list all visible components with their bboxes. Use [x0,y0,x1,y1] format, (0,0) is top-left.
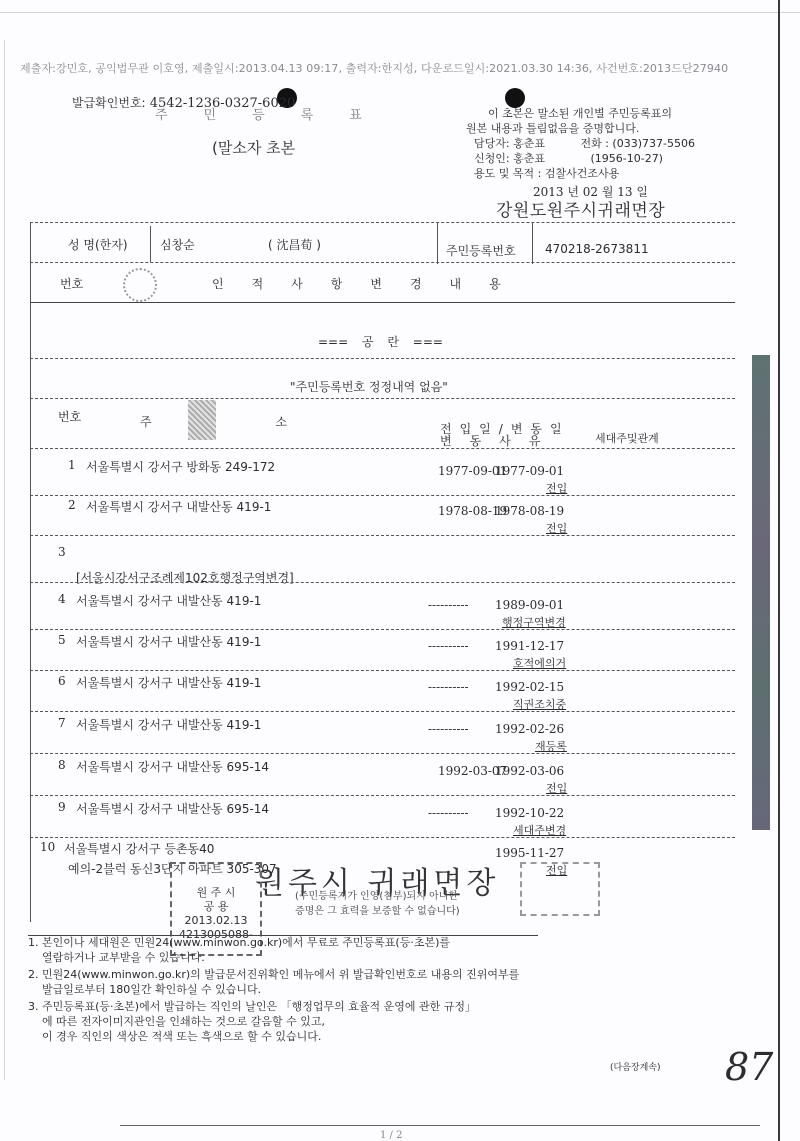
row-divider [30,495,735,497]
row-number: 1 [68,458,76,472]
cert-purpose: 용도 및 목적 : 검찰사건조사용 [466,166,695,181]
divider [30,398,735,400]
row-address: 서울특별시 강서구 등촌동40 [64,840,214,857]
correction-notice: "주민등록번호 정정내역 없음" [290,378,448,395]
notes-section: 1. 본인이나 세대원은 민원24(www.minwon.go.kr)에서 무료… [28,935,648,1046]
cert-officer: 담당자: 홍춘표 [474,137,545,150]
watermark-pattern-icon [188,400,216,440]
row-number: 2 [68,498,76,512]
seal-note-1: (주민등록지가 인영(첨부)되지 아니한 [295,887,458,902]
row-change-reason: 재등록 [535,738,567,754]
name-label: 성 명(한자) [68,236,128,253]
row-changed-date: 1992-10-22 [495,806,564,820]
row-divider [30,629,735,631]
cert-applicant-dob: (1956-10-27) [548,152,663,165]
divider [532,222,533,264]
row-change-reason: 전입 [546,780,567,796]
note-item: 1. 본인이나 세대원은 민원24(www.minwon.go.kr)에서 무료… [28,935,648,965]
seal-impression [520,862,600,916]
row-address: 서울특별시 강서구 내발산동 419-1 [76,674,261,691]
issue-number-label: 발급확인번호: [72,96,146,110]
row-changed-date: 1989-09-01 [495,598,564,612]
row-changed-date: 1978-08-19 [495,504,564,518]
row-changed-date: 1977-09-01 [495,464,564,478]
row-number: 6 [58,674,66,688]
row-number: 4 [58,592,66,606]
stamp-line: 공 용 [172,900,260,914]
section-title: 인적사항변경내용 [212,275,529,292]
row-number: 7 [58,716,66,730]
row-number: 5 [58,633,66,647]
stamp-line: 2013.02.13 [172,914,260,928]
divider [30,448,735,450]
row-change-reason: 직권조치중 [513,696,566,712]
row-number: 3 [58,545,66,559]
divider [120,1125,760,1126]
rrn-value: 470218-2673811 [545,242,649,256]
row-moved-in-date: ---------- [428,598,469,612]
person-name: 심창순 [160,236,195,253]
divider [30,222,31,922]
blank-marker: === 공 란 === [318,333,443,350]
punch-hole-icon [505,88,525,108]
row-changed-date: 1991-12-17 [495,639,564,653]
row-address: 서울특별시 강서구 내발산동 419-1 [76,592,261,609]
scan-edge-top [0,12,800,13]
note-item: 2. 민원24(www.minwon.go.kr)의 발급문서진위확인 메뉴에서… [28,967,648,997]
col-header-reason: 변동사유 [440,432,558,449]
cert-line-2: 원본 내용과 틀림없음을 증명합니다. [466,121,695,136]
row-address: 서울특별시 강서구 내발산동 695-14 [76,800,269,817]
row-changed-date: 1995-11-27 [495,846,564,860]
row-changed-date: 1992-02-26 [495,722,564,736]
row-divider [30,795,735,797]
note-item: 3. 주민등록표(등·초본)에서 발급하는 직인의 날인은 「행정업무의 효율적… [28,999,648,1044]
divider [437,222,438,264]
issuing-office: 강원도원주시귀래면장 [496,196,665,221]
row-divider [30,670,735,672]
divider [150,226,151,262]
page-footer: 1 / 2 [380,1130,402,1141]
row-change-reason: 전입 [546,480,567,496]
stamp-line: 원 주 시 [172,886,260,900]
row-changed-date: 1992-03-06 [495,764,564,778]
continued-label: (다음장계속) [610,1060,661,1073]
watermark-seal-icon [123,268,157,302]
rrn-label: 주민등록번호 [446,242,516,259]
document-subtitle: (말소자 초본 [212,137,295,158]
scan-edge-right [778,0,780,1141]
divider [30,222,735,224]
row-moved-in-date: ---------- [428,639,469,653]
row-address: 서울특별시 강서구 내발산동 695-14 [76,758,269,775]
scan-margin-bar [752,355,770,830]
document-title: 주민등록표 [155,104,398,123]
divider [30,358,735,360]
person-hanja: ( 沈昌荀 ) [268,236,321,253]
row-divider [30,711,735,713]
row-address: 서울특별시 강서구 내발산동 419-1 [86,498,271,515]
row-change-reason: 행정구역변경 [502,614,566,630]
cert-applicant: 신청인: 홍춘표 [474,152,545,165]
row-change-reason: 세대주변경 [513,822,566,838]
row-moved-in-date: ---------- [428,722,469,736]
certification-block: 이 초본은 말소된 개인별 주민등록표의 원본 내용과 틀림없음을 증명합니다.… [466,106,695,181]
row-number: 10 [40,840,55,854]
row-moved-in-date: ---------- [428,806,469,820]
row-change-reason: 전입 [546,520,567,536]
row-changed-date: 1992-02-15 [495,680,564,694]
col-header-household: 세대주및관계 [595,430,659,446]
section-number-label: 번호 [60,275,83,292]
cert-line-1: 이 초본은 말소된 개인별 주민등록표의 [466,106,695,121]
row-divider [30,582,735,584]
row-number: 9 [58,800,66,814]
handwritten-page-number: 87 [725,1045,773,1089]
row-divider [30,753,735,755]
seal-note-2: 증명은 그 효력을 보증할 수 없습니다) [295,902,460,917]
submission-metadata: 제출자:강민호, 공익법무관 이호영, 제출일시:2013.04.13 09:1… [20,60,728,76]
row-address: 서울특별시 강서구 내발산동 419-1 [76,633,261,650]
divider [30,302,735,303]
row-divider [30,837,735,839]
row-moved-in-date: ---------- [428,680,469,694]
row-divider [30,535,735,537]
row-number: 8 [58,758,66,772]
row-address: 서울특별시 강서구 방화동 249-172 [86,458,275,475]
row-change-reason: 호적에의거 [513,655,566,671]
divider [30,262,735,264]
scan-edge-left [4,40,5,1080]
row-address: 서울특별시 강서구 내발산동 419-1 [76,716,261,733]
col-header-number: 번호 [58,408,81,425]
cert-phone: 전화 : (033)737-5506 [548,137,695,150]
